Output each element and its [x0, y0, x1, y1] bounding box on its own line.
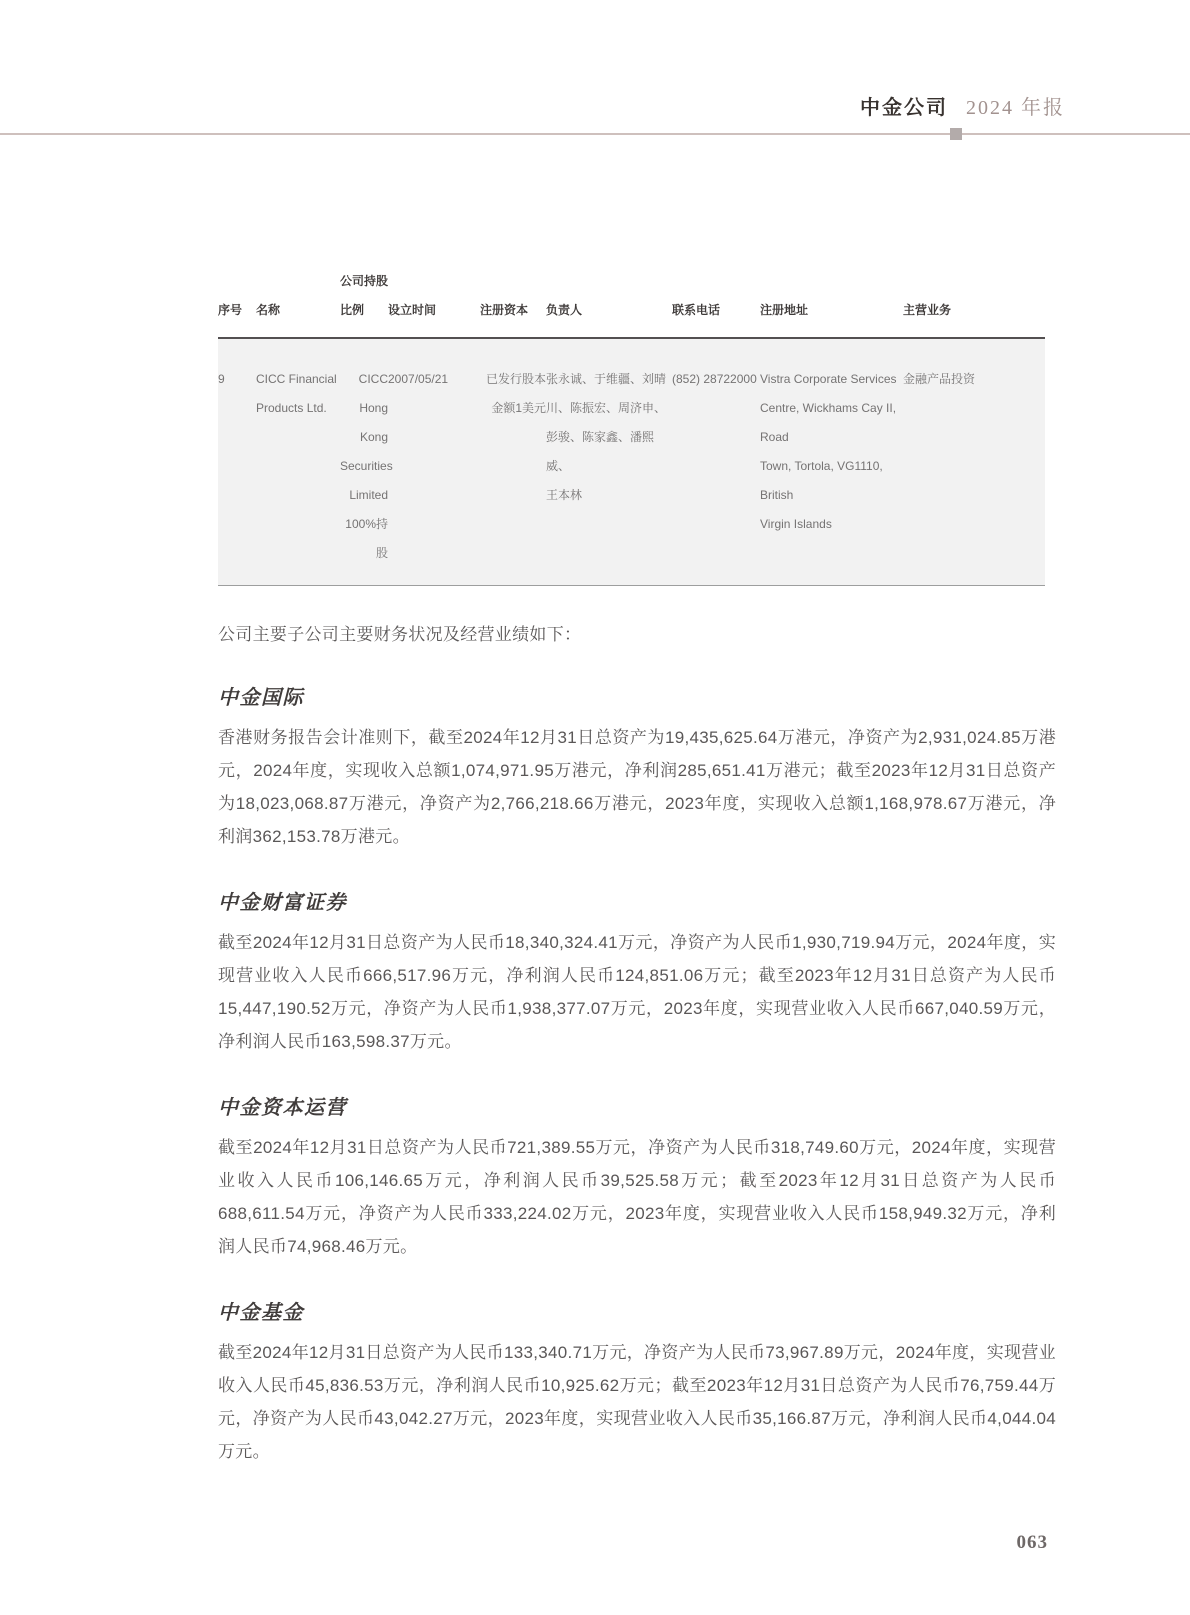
main-content: 序号 名称 公司持股 比例 设立时间 注册资本 负责人 联系电话 注册地址 主营… [218, 267, 1056, 1468]
section-cicc-wealth-securities: 中金财富证券 截至2024年12月31日总资产为人民币18,340,324.41… [218, 886, 1056, 1058]
running-head: 中金公司2024 年报 [0, 96, 1190, 120]
page-header: 中金公司2024 年报 [0, 0, 1190, 135]
table-header-row: 序号 名称 公司持股 比例 设立时间 注册资本 负责人 联系电话 注册地址 主营… [218, 267, 1045, 338]
cell-address: Vistra Corporate Services Centre, Wickha… [760, 338, 903, 586]
section-heading: 中金国际 [218, 681, 1056, 710]
col-header-established: 设立时间 [388, 267, 480, 338]
col-header-shareholding: 公司持股 比例 [340, 267, 388, 338]
cell-shareholding: CICC Hong Kong Securities Limited 100%持股 [340, 338, 388, 586]
report-edition: 2024 年报 [966, 97, 1065, 119]
col-header-principals: 负责人 [546, 267, 672, 338]
cell-principals: 张永诚、于维疆、刘晴 川、陈振宏、周济申、 彭骏、陈家鑫、潘熙威、 王本林 [546, 338, 672, 586]
table-row: 9 CICC Financial Products Ltd. CICC Hong… [218, 338, 1045, 586]
section-heading: 中金财富证券 [218, 886, 1056, 915]
col-header-business: 主营业务 [903, 267, 1045, 338]
header-rule [0, 133, 1190, 135]
cell-name: CICC Financial Products Ltd. [256, 338, 340, 586]
section-cicc-fund: 中金基金 截至2024年12月31日总资产为人民币133,340.71万元，净资… [218, 1296, 1056, 1468]
col-header-capital: 注册资本 [480, 267, 546, 338]
col-header-serial: 序号 [218, 267, 256, 338]
page-number: 063 [1017, 1532, 1049, 1554]
intro-text: 公司主要子公司主要财务状况及经营业绩如下： [218, 622, 1056, 648]
cell-established: 2007/05/21 [388, 338, 480, 586]
col-header-phone: 联系电话 [672, 267, 760, 338]
section-cicc-international: 中金国际 香港财务报告会计准则下，截至2024年12月31日总资产为19,435… [218, 681, 1056, 853]
cell-capital: 已发行股本 金额1美元 [480, 338, 546, 586]
section-heading: 中金资本运营 [218, 1091, 1056, 1120]
header-rule-marker [950, 128, 962, 140]
section-body: 截至2024年12月31日总资产为人民币721,389.55万元，净资产为人民币… [218, 1131, 1056, 1263]
section-body: 截至2024年12月31日总资产为人民币18,340,324.41万元，净资产为… [218, 926, 1056, 1058]
cell-phone: (852) 28722000 [672, 338, 760, 586]
section-cicc-capital-operation: 中金资本运营 截至2024年12月31日总资产为人民币721,389.55万元，… [218, 1091, 1056, 1263]
section-body: 香港财务报告会计准则下，截至2024年12月31日总资产为19,435,625.… [218, 721, 1056, 853]
col-header-name: 名称 [256, 267, 340, 338]
cell-business: 金融产品投资 [903, 338, 1045, 586]
subsidiaries-table: 序号 名称 公司持股 比例 设立时间 注册资本 负责人 联系电话 注册地址 主营… [218, 267, 1045, 586]
col-header-address: 注册地址 [760, 267, 903, 338]
section-heading: 中金基金 [218, 1296, 1056, 1325]
brand-name: 中金公司 [860, 97, 948, 119]
report-page: 中金公司2024 年报 序号 名称 公司持股 比例 设立时间 注册资本 负责人 [0, 0, 1190, 1615]
cell-serial: 9 [218, 338, 256, 586]
section-body: 截至2024年12月31日总资产为人民币133,340.71万元，净资产为人民币… [218, 1336, 1056, 1468]
